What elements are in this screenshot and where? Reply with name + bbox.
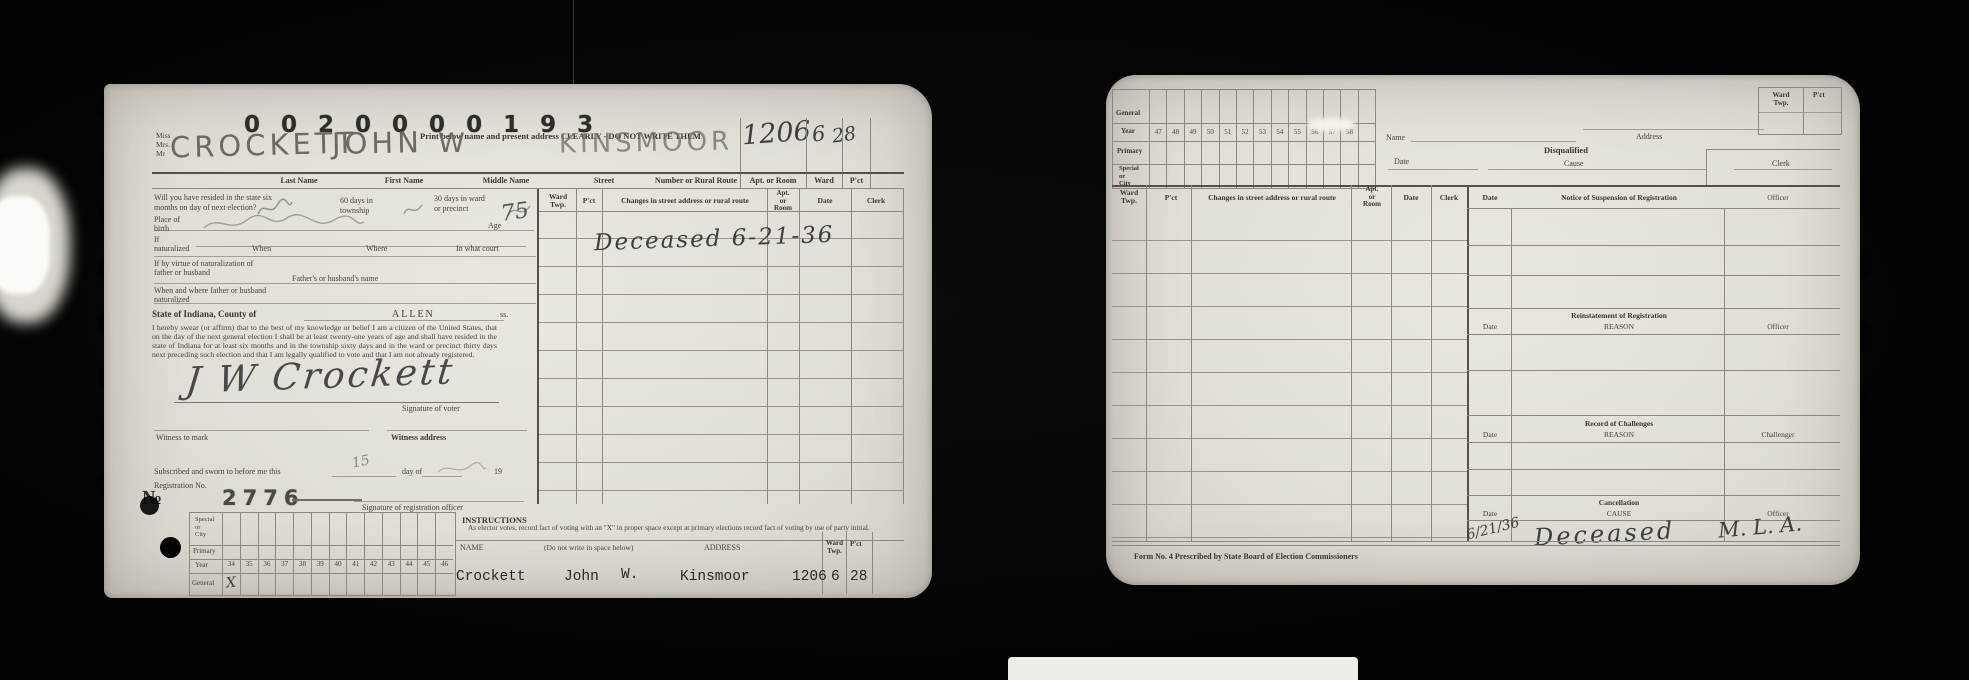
film-splice-line bbox=[573, 0, 574, 86]
year-cell: 36 bbox=[258, 513, 276, 595]
label-place-of-birth: Place of birth bbox=[154, 215, 180, 233]
line bbox=[1467, 370, 1840, 371]
year-cells: 34353637383940414243444546 bbox=[222, 513, 453, 595]
line bbox=[1191, 185, 1192, 541]
col-date: Date bbox=[1394, 193, 1428, 202]
label-court: In what court bbox=[456, 244, 499, 253]
typed-last-name: Crockett bbox=[456, 569, 526, 585]
label-age: Age bbox=[488, 221, 501, 230]
instructions-body: As elector votes, record fact of voting … bbox=[468, 524, 888, 532]
year-cell: 40 bbox=[329, 513, 347, 595]
label-when: When bbox=[252, 244, 271, 253]
table-rows bbox=[1112, 208, 1468, 541]
line bbox=[1467, 245, 1840, 246]
handwritten-scrawl bbox=[434, 458, 489, 478]
year-cells: 474849505152535455565758 bbox=[1149, 90, 1375, 188]
year-cell: 50 bbox=[1201, 90, 1218, 188]
line bbox=[1113, 164, 1375, 165]
adjacent-card-edge bbox=[1008, 657, 1358, 680]
row-primary: Primary bbox=[193, 547, 216, 555]
line bbox=[1112, 541, 1840, 542]
label-day-of: day of bbox=[402, 467, 422, 476]
whiteout-smudge bbox=[1308, 118, 1354, 131]
suspension-title: Notice of Suspension of Registration bbox=[1514, 193, 1724, 202]
row-general: General bbox=[192, 579, 214, 587]
line bbox=[1146, 185, 1147, 541]
year-cell: 44 bbox=[400, 513, 418, 595]
row-year: Year bbox=[195, 561, 208, 569]
row-general: General bbox=[1116, 109, 1140, 117]
written-house-number: 1206 bbox=[741, 116, 812, 152]
typed-first-name: John bbox=[564, 569, 599, 585]
label-year-prefix: 19 bbox=[494, 467, 502, 476]
label-street: Street bbox=[574, 176, 634, 185]
ward-pct-box: Ward Twp. P'ct bbox=[1758, 87, 1842, 135]
col-pct: P'ct bbox=[578, 196, 600, 205]
label-ward-twp: Ward Twp. bbox=[1763, 91, 1799, 107]
label-first-name: First Name bbox=[369, 176, 439, 185]
written-middle-name: W bbox=[438, 128, 465, 159]
line bbox=[1467, 275, 1840, 276]
year-cell: 46 bbox=[435, 513, 453, 595]
label-disqualified: Disqualified bbox=[1544, 145, 1588, 155]
label-witness-address: Witness address bbox=[391, 433, 446, 442]
form-note: Form No. 4 Prescribed by State Board of … bbox=[1134, 552, 1358, 561]
label-by-virtue: If by virtue of naturalization of father… bbox=[154, 260, 269, 278]
challenges-challenger: Challenger bbox=[1726, 430, 1830, 439]
year-cell: 38 bbox=[293, 513, 311, 595]
written-first-name: JOHN bbox=[332, 125, 423, 161]
registration-number-stamp: 2776 bbox=[222, 486, 304, 510]
col-changes: Changes in street address or rural route bbox=[1196, 193, 1348, 202]
row-year: Year bbox=[1121, 127, 1135, 135]
line bbox=[1467, 442, 1840, 443]
line bbox=[842, 118, 843, 188]
year-cell: 52 bbox=[1236, 90, 1253, 188]
line bbox=[1467, 415, 1840, 416]
line bbox=[154, 303, 536, 304]
line bbox=[1759, 112, 1841, 113]
col-clerk: Clerk bbox=[852, 196, 900, 205]
col-ward-twp: Ward Twp. bbox=[542, 193, 574, 209]
year-cell: 39 bbox=[311, 513, 329, 595]
line bbox=[154, 283, 536, 284]
question-ward-precinct: 30 days in ward or precinct bbox=[434, 194, 485, 213]
title-prefix: Miss Mrs. Mr bbox=[156, 131, 171, 158]
label-clerk: Clerk bbox=[1772, 159, 1790, 168]
line bbox=[903, 189, 904, 504]
label-pct-small: P'ct bbox=[850, 540, 862, 548]
line bbox=[354, 501, 524, 502]
line bbox=[332, 476, 396, 477]
col-changes: Changes in street address or rural route bbox=[606, 196, 764, 205]
label-last-name: Last Name bbox=[264, 176, 334, 185]
written-last-name: CROCKETT bbox=[170, 126, 359, 165]
written-street: KINSMOOR bbox=[559, 126, 734, 159]
label-name: Name bbox=[1386, 133, 1405, 142]
line bbox=[152, 188, 904, 189]
label-cause: Cause bbox=[1564, 159, 1584, 168]
line bbox=[1112, 545, 1840, 546]
cancel-entry-cause: Deceased bbox=[1533, 516, 1676, 551]
line bbox=[190, 573, 453, 574]
voter-signature: J W Crockett bbox=[184, 351, 457, 402]
col-apt: Apt. or Room bbox=[769, 190, 797, 213]
label-apt: Apt. or Room bbox=[742, 176, 804, 185]
line bbox=[1388, 169, 1478, 170]
challenges-reason: REASON bbox=[1514, 430, 1724, 439]
line bbox=[154, 256, 536, 257]
line bbox=[1706, 149, 1840, 150]
oath-county: ALLEN bbox=[392, 309, 435, 320]
written-age: 75 bbox=[499, 198, 530, 227]
reinstatement-reason: REASON bbox=[1514, 322, 1724, 331]
line bbox=[1411, 141, 1576, 142]
label-pct: P'ct bbox=[844, 176, 869, 185]
year-cell: 54 bbox=[1271, 90, 1288, 188]
reinstatement-officer: Officer bbox=[1726, 322, 1830, 331]
reinstatement-date: Date bbox=[1469, 322, 1511, 331]
vote-mark: X bbox=[225, 575, 237, 592]
row-primary: Primary bbox=[1117, 147, 1142, 155]
typed-middle-initial: W. bbox=[621, 567, 638, 583]
line bbox=[152, 172, 904, 174]
label-name-header: NAME bbox=[460, 543, 484, 552]
col-ward-twp: Ward Twp. bbox=[1114, 189, 1144, 205]
oath-ss: ss. bbox=[500, 310, 508, 319]
line bbox=[387, 430, 527, 431]
line bbox=[1511, 208, 1512, 541]
year-cell: 45 bbox=[417, 513, 435, 595]
label-address-header: ADDRESS bbox=[704, 543, 740, 552]
oath-state-line: State of Indiana, County of bbox=[152, 309, 256, 319]
cancellation-title: Cancellation bbox=[1514, 498, 1724, 507]
label-when-where-naturalized: When and where father or husband natural… bbox=[154, 287, 289, 305]
line bbox=[1734, 169, 1832, 170]
year-cell: 43 bbox=[382, 513, 400, 595]
suspension-date: Date bbox=[1469, 193, 1511, 202]
year-cell: 48 bbox=[1166, 90, 1183, 188]
label-signature-of-voter: Signature of voter bbox=[402, 404, 460, 413]
line bbox=[154, 430, 369, 431]
cancel-entry-date: 6/21/36 bbox=[1465, 515, 1521, 544]
line bbox=[174, 402, 499, 403]
label-space-note: (Do not write in space below) bbox=[544, 543, 633, 552]
suspension-officer: Officer bbox=[1726, 193, 1830, 202]
year-cell: 41 bbox=[346, 513, 364, 595]
line bbox=[1467, 334, 1840, 335]
line bbox=[1391, 185, 1392, 541]
handwritten-scrawl bbox=[199, 210, 369, 236]
label-father-name: Father's or husband's name bbox=[292, 274, 378, 283]
line bbox=[1431, 185, 1432, 541]
typed-precinct: 28 bbox=[850, 569, 867, 585]
line bbox=[1113, 141, 1375, 142]
label-middle-name: Middle Name bbox=[466, 176, 546, 185]
line bbox=[1724, 208, 1725, 541]
written-precinct: 28 bbox=[831, 122, 858, 147]
voting-grid: 34353637383940414243444546 Special or Ci… bbox=[189, 512, 456, 596]
year-cell: 53 bbox=[1253, 90, 1270, 188]
typed-street: Kinsmoor bbox=[680, 569, 750, 585]
label-date: Date bbox=[1394, 157, 1409, 166]
line bbox=[190, 559, 453, 560]
challenges-date: Date bbox=[1469, 430, 1511, 439]
line bbox=[1467, 495, 1840, 496]
year-cell: 49 bbox=[1184, 90, 1201, 188]
label-address: Address bbox=[1636, 132, 1662, 141]
line bbox=[1706, 149, 1707, 185]
line bbox=[1488, 169, 1706, 170]
line bbox=[1803, 88, 1804, 134]
year-cell: 35 bbox=[240, 513, 258, 595]
year-cell: 51 bbox=[1219, 90, 1236, 188]
sworn-line: Subscribed and sworn to before me this bbox=[154, 467, 281, 476]
col-date: Date bbox=[802, 196, 848, 205]
registration-card-front: 0 0 2 0 0 0 0 1 9 3 Print below name and… bbox=[104, 84, 932, 598]
microfilm-scan: 0 0 2 0 0 0 0 1 9 3 Print below name and… bbox=[0, 0, 1969, 680]
line bbox=[1467, 308, 1840, 309]
line bbox=[870, 118, 871, 188]
line bbox=[190, 545, 453, 546]
registration-card-back: 474849505152535455565758 General Year Pr… bbox=[1106, 75, 1860, 585]
col-clerk: Clerk bbox=[1434, 193, 1464, 202]
handwritten-mark bbox=[400, 198, 426, 220]
typed-number: 1206 bbox=[792, 569, 827, 585]
col-pct: P'ct bbox=[1154, 193, 1188, 202]
line bbox=[1351, 185, 1352, 541]
label-ward-twp-small: Ward Twp. bbox=[823, 540, 846, 555]
row-special: Special or City bbox=[195, 516, 214, 539]
line bbox=[304, 320, 504, 321]
written-ward: 6 bbox=[811, 121, 827, 146]
label-if-naturalized: If naturalized bbox=[154, 235, 190, 253]
label-registration-officer: Signature of registration officer bbox=[362, 503, 463, 512]
line bbox=[1583, 129, 1764, 130]
ink-dot bbox=[140, 496, 159, 515]
line bbox=[872, 532, 873, 594]
line bbox=[292, 499, 362, 501]
index-dot bbox=[160, 537, 181, 558]
voting-grid-back: 474849505152535455565758 General Year Pr… bbox=[1112, 89, 1376, 189]
cancellation-cause: CAUSE bbox=[1514, 509, 1724, 518]
line bbox=[422, 476, 462, 477]
col-apt: Apt. or Room bbox=[1356, 186, 1388, 209]
reinstatement-title: Reinstatement of Registration bbox=[1514, 311, 1724, 320]
challenges-title: Record of Challenges bbox=[1514, 419, 1724, 428]
light-leak-core bbox=[0, 196, 50, 294]
written-sworn-day: 15 bbox=[351, 452, 372, 471]
label-pct: P'ct bbox=[1813, 91, 1825, 99]
year-cell: 57 bbox=[1323, 90, 1340, 188]
label-where: Where bbox=[366, 244, 387, 253]
year-cell: 55 bbox=[1288, 90, 1305, 188]
year-cell: 42 bbox=[364, 513, 382, 595]
typed-ward: 6 bbox=[831, 569, 840, 585]
line bbox=[1467, 208, 1840, 209]
line bbox=[1467, 185, 1469, 541]
line bbox=[1467, 469, 1840, 470]
year-cell: 58 bbox=[1340, 90, 1357, 188]
year-cell: 47 bbox=[1149, 90, 1166, 188]
year-cell bbox=[1358, 90, 1375, 188]
year-cell: 56 bbox=[1306, 90, 1323, 188]
line bbox=[1112, 185, 1840, 187]
label-number: Number or Rural Route bbox=[632, 176, 760, 185]
year-cell: 37 bbox=[275, 513, 293, 595]
line bbox=[846, 532, 847, 594]
label-witness-to-mark: Witness to mark bbox=[156, 433, 208, 442]
label-ward: Ward bbox=[807, 176, 841, 185]
